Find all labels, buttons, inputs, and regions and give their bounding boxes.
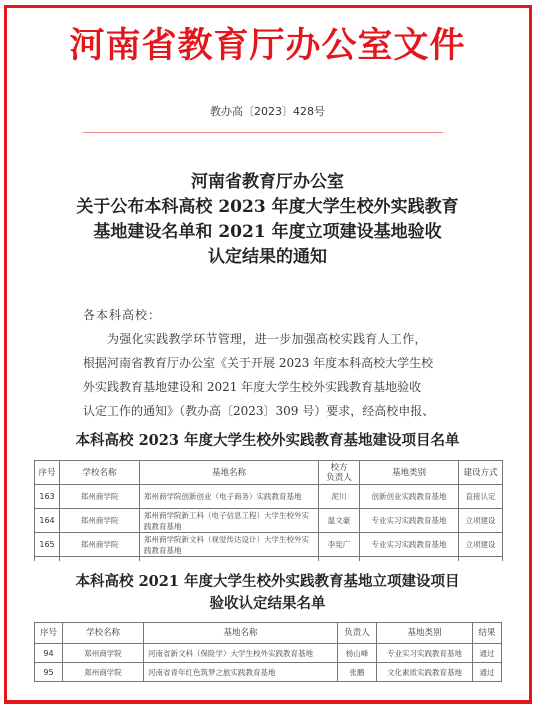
- table-row: 165 郑州商学院 郑州商学院新文科（视觉传达设计）大学生校外实践教育基地 李宪…: [35, 533, 503, 557]
- cell-no: 95: [35, 663, 63, 682]
- col-header-leader: 负责人: [338, 623, 377, 644]
- col-header-school: 学校名称: [63, 623, 144, 644]
- salutation: 各本科高校：: [83, 303, 453, 327]
- cell-school: 郑州商学院: [60, 509, 140, 533]
- cell-base: 郑州商学院新工科（电子信息工程）大学生校外实践教育基地: [140, 509, 319, 533]
- cell-base: 河南省青年红色筑梦之旅实践教育基地: [144, 663, 338, 682]
- cell-school: 郑州商学院: [60, 485, 140, 509]
- cell-leader: 温文豪: [319, 509, 360, 533]
- cell-no: 163: [35, 485, 60, 509]
- cell-no: 94: [35, 644, 63, 663]
- cell-category: 专业实习实践教育基地: [360, 533, 459, 557]
- col-header-leader: 校方 负责人: [319, 461, 360, 485]
- table1-header-row: 序号 学校名称 基地名称 校方 负责人 基地类别 建设方式: [35, 461, 503, 485]
- notice-title-line: 关于公布本科高校 2023 年度大学生校外实践教育: [0, 195, 535, 220]
- body-line: 为强化实践教学环节管理，进一步加强高校实践育人工作，: [83, 327, 453, 351]
- cell-no: 164: [35, 509, 60, 533]
- table-row: 164 郑州商学院 郑州商学院新工科（电子信息工程）大学生校外实践教育基地 温文…: [35, 509, 503, 533]
- table-row-cutoff: [35, 557, 503, 561]
- document-number: 教办高〔2023〕428号: [0, 103, 535, 119]
- cell-category: 文化素质实践教育基地: [377, 663, 473, 682]
- cell-leader: 杨山峰: [338, 644, 377, 663]
- table2-header-row: 序号 学校名称 基地名称 负责人 基地类别 结果: [35, 623, 502, 644]
- cell-school: 郑州商学院: [63, 644, 144, 663]
- col-header-category: 基地类别: [360, 461, 459, 485]
- cell-leader: 李宪广: [319, 533, 360, 557]
- cell-method: 直接认定: [459, 485, 503, 509]
- col-header-no: 序号: [35, 461, 60, 485]
- table2-acceptance-results: 序号 学校名称 基地名称 负责人 基地类别 结果 94 郑州商学院 河南省新文科…: [34, 622, 502, 682]
- cell-category: 专业实习实践教育基地: [360, 509, 459, 533]
- table1-title: 本科高校 2023 年度大学生校外实践教育基地建设项目名单: [0, 430, 535, 452]
- body-line: 外实践教育基地建设和 2021 年度大学生校外实践教育基地验收: [83, 375, 453, 399]
- table-row: 95 郑州商学院 河南省青年红色筑梦之旅实践教育基地 张鹏 文化素质实践教育基地…: [35, 663, 502, 682]
- cell-category: 专业实习实践教育基地: [377, 644, 473, 663]
- cell-school: 郑州商学院: [63, 663, 144, 682]
- col-header-base: 基地名称: [144, 623, 338, 644]
- col-header-leader-line: 负责人: [321, 473, 357, 483]
- cell-leader: 泥川: [319, 485, 360, 509]
- notice-title-line: 认定结果的通知: [0, 245, 535, 270]
- cell-method: 立项建设: [459, 533, 503, 557]
- col-header-school: 学校名称: [60, 461, 140, 485]
- table-row: 163 郑州商学院 郑州商学院创新创业（电子商务）实践教育基地 泥川 创新创业实…: [35, 485, 503, 509]
- cell-leader: 张鹏: [338, 663, 377, 682]
- table2-title: 本科高校 2021 年度大学生校外实践教育基地立项建设项目 验收认定结果名单: [0, 571, 535, 615]
- table-row: 94 郑州商学院 河南省新文科（保险学）大学生校外实践教育基地 杨山峰 专业实习…: [35, 644, 502, 663]
- notice-title-line: 河南省教育厅办公室: [0, 170, 535, 195]
- cell-result: 通过: [473, 644, 502, 663]
- body-line: 根据河南省教育厅办公室《关于开展 2023 年度本科高校大学生校: [83, 351, 453, 375]
- col-header-no: 序号: [35, 623, 63, 644]
- table1-construction-list: 序号 学校名称 基地名称 校方 负责人 基地类别 建设方式 163 郑州商学院 …: [34, 460, 503, 561]
- cell-result: 通过: [473, 663, 502, 682]
- cell-method: 立项建设: [459, 509, 503, 533]
- cell-base: 郑州商学院创新创业（电子商务）实践教育基地: [140, 485, 319, 509]
- cell-category: 创新创业实践教育基地: [360, 485, 459, 509]
- col-header-leader-line: 校方: [321, 463, 357, 473]
- table2-title-line: 本科高校 2021 年度大学生校外实践教育基地立项建设项目: [0, 571, 535, 593]
- cell-school: 郑州商学院: [60, 533, 140, 557]
- col-header-category: 基地类别: [377, 623, 473, 644]
- col-header-result: 结果: [473, 623, 502, 644]
- masthead-separator-line: [83, 132, 443, 133]
- cell-no: 165: [35, 533, 60, 557]
- cell-base: 河南省新文科（保险学）大学生校外实践教育基地: [144, 644, 338, 663]
- document-masthead: 河南省教育厅办公室文件: [0, 26, 535, 66]
- notice-body: 各本科高校： 为强化实践教学环节管理，进一步加强高校实践育人工作， 根据河南省教…: [83, 303, 453, 423]
- col-header-base: 基地名称: [140, 461, 319, 485]
- cell-base: 郑州商学院新文科（视觉传达设计）大学生校外实践教育基地: [140, 533, 319, 557]
- notice-title-line: 基地建设名单和 2021 年度立项建设基地验收: [0, 220, 535, 245]
- body-line: 认定工作的通知》（教办高〔2023〕309 号）要求，经高校申报、: [83, 399, 453, 423]
- col-header-method: 建设方式: [459, 461, 503, 485]
- notice-title: 河南省教育厅办公室 关于公布本科高校 2023 年度大学生校外实践教育 基地建设…: [0, 170, 535, 270]
- table2-title-line: 验收认定结果名单: [0, 593, 535, 615]
